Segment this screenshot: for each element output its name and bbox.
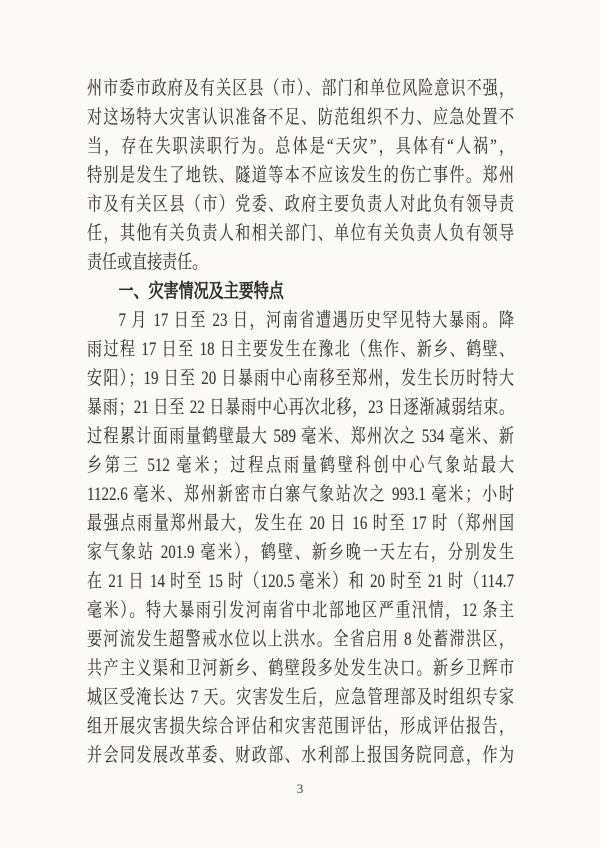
text-line: 城区受淹长达 7 天。灾害发生后，应急管理部及时组织专家 — [87, 683, 514, 712]
text-line: 过程累计面雨量鹤壁最大 589 毫米、郑州次之 534 毫米、新 — [87, 422, 514, 451]
text-line: 家气象站 201.9 毫米），鹤壁、新乡晚一天左右，分别发生 — [87, 538, 514, 567]
text-line: 安阳）；19 日至 20 日暴雨中心南移至郑州，发生长历时特大 — [87, 364, 514, 393]
text-line: 当，存在失职渎职行为。总体是“天灾”，具体有“人祸”， — [87, 132, 514, 161]
text-line: 7 月 17 日至 23 日，河南省遭遇历史罕见特大暴雨。降 — [87, 306, 514, 335]
text-line: 任，其他有关负责人和相关部门、单位有关负责人负有领导 — [87, 219, 514, 248]
text-line: 雨过程 17 日至 18 日主要发生在豫北（焦作、新乡、鹤壁、 — [87, 335, 514, 364]
text-line: 责任或直接责任。 — [87, 248, 514, 277]
text-line: 毫米）。特大暴雨引发河南省中北部地区严重汛情，12 条主 — [87, 596, 514, 625]
text-line: 市及有关区县（市）党委、政府主要负责人对此负有领导责 — [87, 190, 514, 219]
text-line: 1122.6 毫米、郑州新密市白寨气象站次之 993.1 毫米；小时 — [87, 480, 514, 509]
text-line: 特别是发生了地铁、隧道等本不应该发生的伤亡事件。郑州 — [87, 161, 514, 190]
text-line: 在 21 日 14 时至 15 时（120.5 毫米）和 20 时至 21 时（… — [87, 567, 514, 596]
text-line: 对这场特大灾害认识准备不足、防范组织不力、应急处置不 — [87, 103, 514, 132]
page-number: 3 — [0, 780, 600, 798]
text-line: 州市委市政府及有关区县（市）、部门和单位风险意识不强， — [87, 74, 514, 103]
text-line: 并会同发展改革委、财政部、水利部上报国务院同意，作为 — [87, 741, 514, 770]
document-page: 州市委市政府及有关区县（市）、部门和单位风险意识不强， 对这场特大灾害认识准备不… — [0, 0, 600, 848]
text-line: 共产主义渠和卫河新乡、鹤壁段多处发生决口。新乡卫辉市 — [87, 654, 514, 683]
text-line: 要河流发生超警戒水位以上洪水。全省启用 8 处蓄滞洪区， — [87, 625, 514, 654]
text-line: 乡第三 512 毫米；过程点雨量鹤壁科创中心气象站最大 — [87, 451, 514, 480]
document-text: 州市委市政府及有关区县（市）、部门和单位风险意识不强， 对这场特大灾害认识准备不… — [87, 74, 514, 770]
section-heading: 一、灾害情况及主要特点 — [87, 277, 514, 306]
text-line: 暴雨；21 日至 22 日暴雨中心再次北移，23 日逐渐减弱结束。 — [87, 393, 514, 422]
text-line: 组开展灾害损失综合评估和灾害范围评估，形成评估报告， — [87, 712, 514, 741]
text-line: 最强点雨量郑州最大，发生在 20 日 16 时至 17 时（郑州国 — [87, 509, 514, 538]
